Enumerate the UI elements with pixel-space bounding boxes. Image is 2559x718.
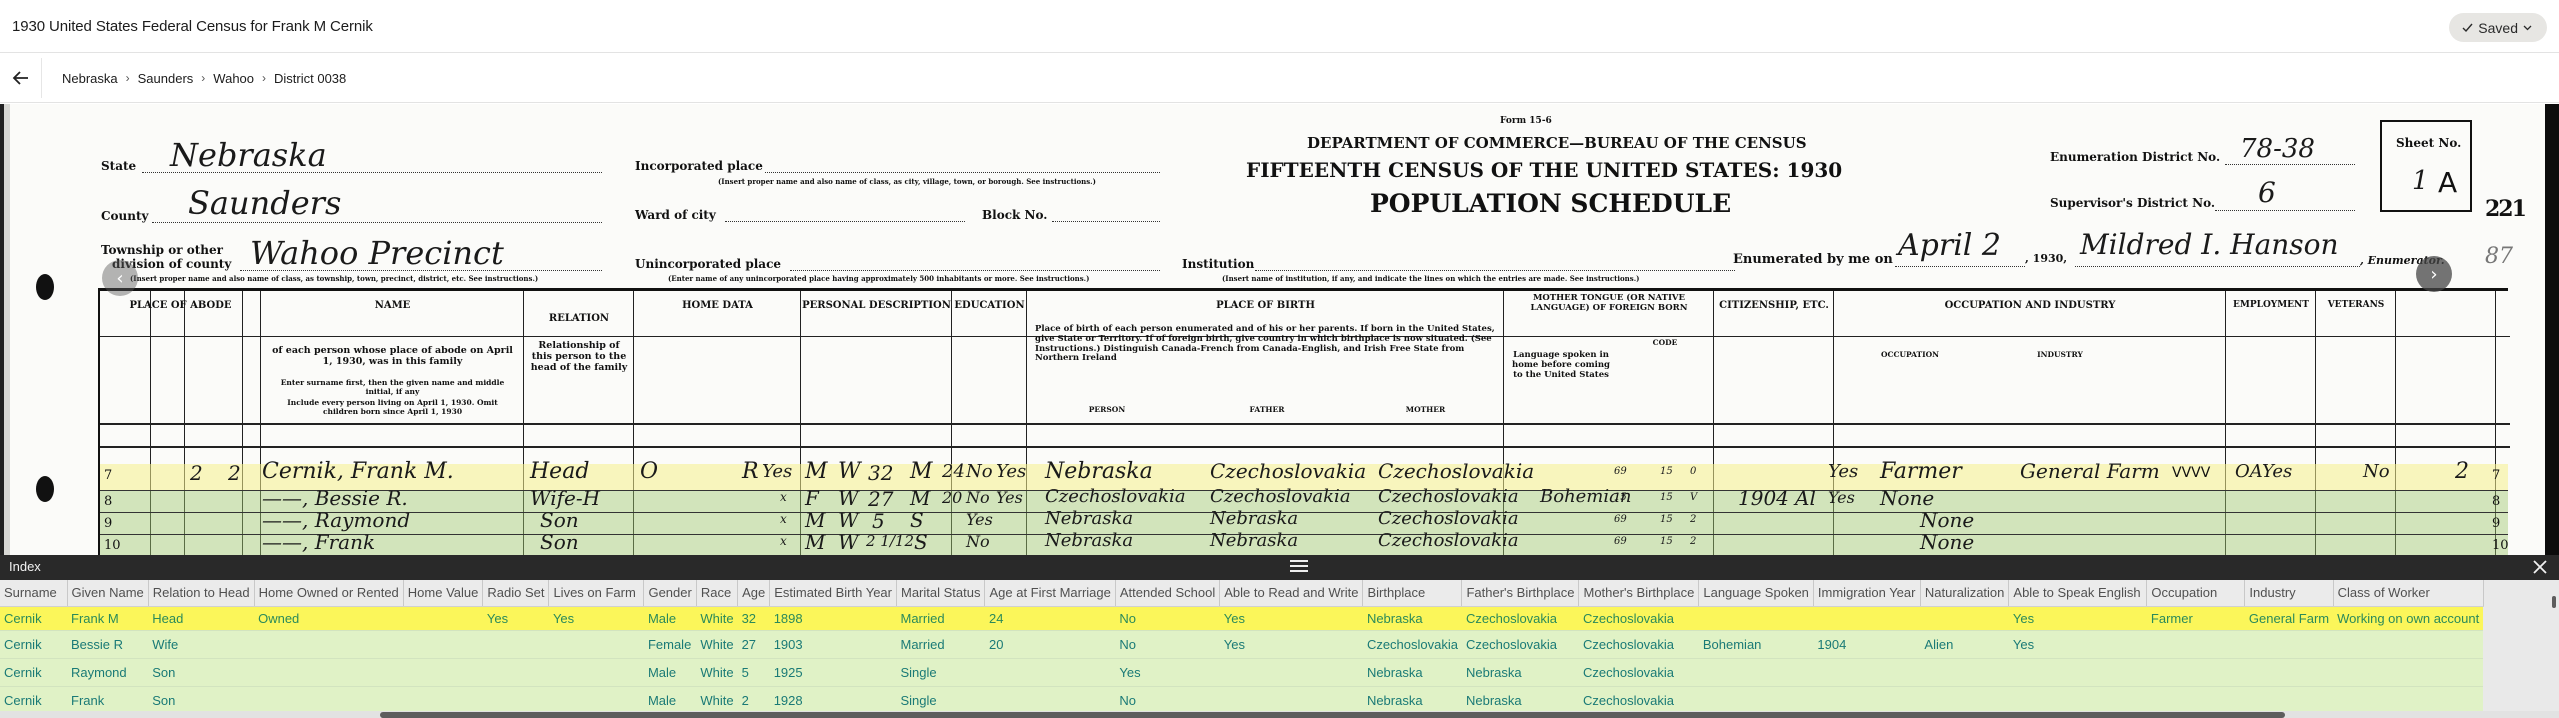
handwritten-name: ——, Bessie R. — [262, 486, 408, 510]
handwritten-school: No — [966, 488, 990, 507]
column-header-age[interactable]: Age — [738, 580, 770, 606]
cell-birthplace[interactable]: Czechoslovakia — [1363, 630, 1462, 658]
cell-attended-school[interactable]: No — [1115, 630, 1219, 658]
cell-language[interactable] — [1699, 686, 1814, 714]
handwritten-name: ——, Frank — [262, 530, 375, 554]
handwritten-english: Yes — [1828, 488, 1855, 507]
cell-age-first-marriage[interactable] — [985, 686, 1115, 714]
column-header-gender[interactable]: Gender — [644, 580, 696, 606]
cell-birth-year[interactable]: 1928 — [770, 686, 897, 714]
handwritten-industry: General Farm — [2020, 459, 2160, 483]
column-header-relation[interactable]: Relation to Head — [148, 580, 254, 606]
group-birth: PLACE OF BIRTH — [1027, 300, 1504, 311]
column-header-home-owned[interactable]: Home Owned or Rented — [254, 580, 403, 606]
cell-father-birthplace[interactable]: Czechoslovakia — [1462, 606, 1579, 630]
unincorporated-note: (Enter name of any unincorporated place … — [668, 274, 1089, 283]
group-name: NAME — [261, 300, 524, 311]
sheet-number-box: Sheet No. 1 A — [2380, 120, 2472, 212]
row-line — [100, 534, 2508, 535]
handwritten-occupation: None — [1920, 508, 1974, 532]
chevron-right-icon: › — [262, 71, 266, 85]
group-occupation: OCCUPATION AND INDUSTRY — [1834, 300, 2226, 311]
sheet-no-label: Sheet No. — [2396, 136, 2461, 150]
handwritten-farm: Yes — [762, 461, 792, 482]
handwritten-sex: F — [805, 486, 819, 510]
column-header-marital-status[interactable]: Marital Status — [897, 580, 985, 606]
handwritten-code-b: 15 — [1660, 536, 1673, 547]
handwritten-code-b: 15 — [1660, 492, 1673, 503]
group-citizenship: CITIZENSHIP, ETC. — [1714, 300, 1834, 311]
table-row[interactable]: Cernik Bessie R Wife Female White 27 190… — [0, 630, 2483, 658]
document-edge — [2545, 104, 2559, 555]
table-row[interactable]: Cernik Raymond Son Male White 5 1925 Sin… — [0, 658, 2483, 686]
handwritten-marital: M — [910, 459, 933, 484]
cell-race[interactable]: White — [696, 606, 737, 630]
handwritten-sex: M — [805, 530, 825, 554]
handwritten-age: 2 1/12 — [866, 532, 914, 550]
table-header-row: Surname Given Name Relation to Head Home… — [0, 580, 2483, 606]
column-header-attended-school[interactable]: Attended School — [1115, 580, 1219, 606]
handwritten-code-b: 15 — [1660, 466, 1673, 477]
handwritten-relation: Son — [540, 508, 579, 532]
handwritten-farm-schedule: 2 — [2455, 459, 2469, 484]
handwritten-sex: M — [805, 508, 825, 532]
group-personal: PERSONAL DESCRIPTION — [801, 300, 952, 311]
title-bar: 1930 United States Federal Census for Fr… — [0, 0, 2559, 53]
cell-read-write[interactable] — [1220, 686, 1363, 714]
group-abode: PLACE OF ABODE — [100, 300, 261, 311]
cell-marital-status[interactable]: Married — [897, 630, 985, 658]
cell-given-name[interactable]: Frank — [67, 686, 148, 714]
cell-industry[interactable] — [2245, 658, 2333, 686]
cell-lives-on-farm[interactable]: Yes — [549, 606, 644, 630]
column-header-father-birthplace[interactable]: Father's Birthplace — [1462, 580, 1579, 606]
cell-mother-birthplace[interactable]: Czechoslovakia — [1579, 606, 1699, 630]
horizontal-scrollbar-thumb[interactable] — [380, 712, 2285, 718]
cell-father-birthplace[interactable]: Nebraska — [1462, 686, 1579, 714]
handwritten-birth-father: Nebraska — [1210, 530, 1298, 551]
cell-age[interactable]: 27 — [738, 630, 770, 658]
cell-home-value[interactable] — [403, 606, 483, 630]
cell-given-name[interactable]: Frank M — [67, 606, 148, 630]
cell-speak-english[interactable]: Yes — [2009, 606, 2147, 630]
line-number: 7 — [2492, 468, 2500, 483]
handwritten-occupation: None — [1920, 530, 1974, 554]
cell-birth-year[interactable]: 1925 — [770, 658, 897, 686]
cell-lives-on-farm[interactable] — [549, 630, 644, 658]
column-header-speak-english[interactable]: Able to Speak English — [2009, 580, 2147, 606]
cell-age-first-marriage[interactable]: 20 — [985, 630, 1115, 658]
cell-birthplace[interactable]: Nebraska — [1363, 686, 1462, 714]
cell-given-name[interactable]: Bessie R — [67, 630, 148, 658]
index-table-container[interactable]: Surname Given Name Relation to Head Home… — [0, 580, 2559, 718]
handwritten-english: Yes — [1828, 461, 1858, 482]
close-icon[interactable] — [2531, 558, 2549, 576]
code-d: VVVV — [2172, 465, 2210, 481]
cell-age[interactable]: 32 — [738, 606, 770, 630]
index-header-bar: Index — [0, 555, 2559, 580]
cell-race[interactable]: White — [696, 658, 737, 686]
column-header-naturalization[interactable]: Naturalization — [1920, 580, 2009, 606]
cell-surname[interactable]: Cernik — [0, 658, 67, 686]
line-number: 9 — [104, 516, 112, 531]
cell-radio-set[interactable]: Yes — [483, 606, 549, 630]
cell-class-of-worker[interactable] — [2333, 658, 2483, 686]
census-form: State Nebraska County Saunders Township … — [0, 104, 2545, 555]
schedule-title: POPULATION SCHEDULE — [1370, 189, 1731, 218]
table-row-selected[interactable]: Cernik Frank M Head Owned Yes Yes Male W… — [0, 606, 2483, 630]
cell-gender[interactable]: Male — [644, 686, 696, 714]
birth-father-header: FATHER — [1187, 406, 1347, 415]
enumerator-line — [2075, 266, 2360, 267]
cell-home-owned[interactable] — [254, 686, 403, 714]
cell-race[interactable]: White — [696, 686, 737, 714]
cell-surname[interactable]: Cernik — [0, 606, 67, 630]
cell-immigration-year[interactable]: 1904 — [1813, 630, 1920, 658]
handwritten-birth-father: Czechoslovakia — [1210, 486, 1351, 507]
column-header-immigration-year[interactable]: Immigration Year — [1813, 580, 1920, 606]
saved-button[interactable]: Saved — [2449, 13, 2547, 42]
handwritten-name: ——, Raymond — [262, 508, 410, 532]
cell-gender[interactable]: Male — [644, 658, 696, 686]
cell-naturalization[interactable]: Alien — [1920, 630, 2009, 658]
cell-industry[interactable] — [2245, 630, 2333, 658]
cell-industry[interactable] — [2245, 686, 2333, 714]
language-header: Language spoken in home before coming to… — [1506, 351, 1616, 380]
row-line — [100, 512, 2508, 513]
handwritten-farm: x — [780, 534, 787, 548]
cell-given-name[interactable]: Raymond — [67, 658, 148, 686]
group-veterans: VETERANS — [2316, 300, 2396, 310]
stamp-number: 221 — [2485, 196, 2525, 222]
year-label: , 1930, — [2025, 252, 2067, 265]
handwritten-radio: R — [742, 459, 759, 484]
handwritten-birth-person: Czechoslovakia — [1045, 486, 1186, 507]
handwritten-code-a: 69 — [1614, 536, 1627, 547]
column-header-mother-birthplace[interactable]: Mother's Birthplace — [1579, 580, 1699, 606]
handwritten-relation: Son — [540, 530, 579, 554]
handwritten-owned: O — [640, 459, 658, 484]
cell-home-owned[interactable]: Owned — [254, 606, 403, 630]
township-note: (Insert proper name and also name of cla… — [130, 274, 538, 283]
cell-language[interactable] — [1699, 658, 1814, 686]
handwritten-farm: x — [780, 512, 787, 526]
cell-gender[interactable]: Female — [644, 630, 696, 658]
handwritten-birth-mother: Czechoslovakia — [1378, 508, 1519, 529]
column-header-occupation[interactable]: Occupation — [2147, 580, 2245, 606]
supervisor-district-label: Supervisor's District No. — [2050, 196, 2215, 210]
chevron-right-icon: › — [201, 71, 205, 85]
handwritten-naturalization: Al — [1795, 486, 1816, 510]
cell-gender[interactable]: Male — [644, 606, 696, 630]
cell-language[interactable]: Bohemian — [1699, 630, 1814, 658]
cell-language[interactable] — [1699, 606, 1814, 630]
county-label: County — [101, 209, 149, 223]
cell-read-write[interactable] — [1220, 658, 1363, 686]
cell-birthplace[interactable]: Nebraska — [1363, 658, 1462, 686]
name-include: Include every person living on April 1, … — [271, 399, 514, 416]
cell-age-first-marriage[interactable] — [985, 658, 1115, 686]
handwritten-birth-person: Nebraska — [1045, 508, 1133, 529]
index-title: Index — [9, 559, 41, 574]
chevron-right-icon: › — [2430, 264, 2437, 285]
column-header-read-write[interactable]: Able to Read and Write — [1220, 580, 1363, 606]
column-header-given-name[interactable]: Given Name — [67, 580, 148, 606]
cell-age[interactable]: 2 — [738, 686, 770, 714]
handwritten-farm: x — [780, 490, 787, 504]
handwritten-enum-district: 78-38 — [2240, 134, 2315, 164]
census-title: FIFTEENTH CENSUS OF THE UNITED STATES: 1… — [1246, 158, 1842, 182]
cell-read-write[interactable]: Yes — [1220, 630, 1363, 658]
incorporated-note: (Insert proper name and also name of cla… — [718, 177, 1096, 186]
breadcrumb-county[interactable]: Saunders — [138, 71, 194, 86]
relation-desc: Relationship of this person to the head … — [528, 341, 630, 374]
handwritten-marital: M — [910, 486, 930, 510]
cell-marital-status[interactable]: Married — [897, 606, 985, 630]
handwritten-code-c: 0 — [1690, 466, 1696, 477]
cell-class-of-worker[interactable] — [2333, 630, 2483, 658]
cell-relation[interactable]: Head — [148, 606, 254, 630]
handwritten-age: 32 — [868, 461, 893, 485]
state-label: State — [101, 159, 136, 173]
cell-relation[interactable]: Son — [148, 686, 254, 714]
cell-birth-year[interactable]: 1898 — [770, 606, 897, 630]
handwritten-read: Yes — [996, 488, 1023, 507]
cell-age[interactable]: 5 — [738, 658, 770, 686]
group-tongue: MOTHER TONGUE (OR NATIVE LANGUAGE) OF FO… — [1504, 294, 1714, 314]
next-image-button[interactable]: › — [2416, 256, 2452, 292]
column-header-language[interactable]: Language Spoken — [1699, 580, 1814, 606]
resize-handle-icon[interactable] — [1290, 560, 1308, 574]
handwritten-code-a: 69 — [1614, 514, 1627, 525]
handwritten-code-c: 2 — [1690, 514, 1696, 525]
birth-mother-header: MOTHER — [1347, 406, 1504, 415]
institution-note: (Insert name of institution, if any, and… — [1222, 274, 1639, 283]
handwritten-age: 27 — [868, 487, 893, 511]
cell-read-write[interactable]: Yes — [1220, 606, 1363, 630]
handwritten-school: No — [966, 532, 990, 551]
handwritten-code-a: 15 — [1614, 492, 1627, 503]
handwritten-birth-father: Czechoslovakia — [1210, 459, 1366, 483]
page-title: 1930 United States Federal Census for Fr… — [12, 18, 373, 35]
cell-surname[interactable]: Cernik — [0, 686, 67, 714]
census-image-viewer[interactable]: State Nebraska County Saunders Township … — [0, 104, 2559, 555]
cell-home-owned[interactable] — [254, 630, 403, 658]
handwritten-age: 5 — [872, 509, 885, 533]
handwritten-birth-mother: Czechoslovakia — [1378, 459, 1534, 483]
cell-lives-on-farm[interactable] — [549, 658, 644, 686]
cell-home-value[interactable] — [403, 630, 483, 658]
institution-label: Institution — [1182, 257, 1254, 271]
handwritten-code-c: 2 — [1690, 536, 1696, 547]
cell-lives-on-farm[interactable] — [549, 686, 644, 714]
handwritten-name: Cernik, Frank M. — [262, 459, 454, 484]
cell-occupation[interactable] — [2147, 630, 2245, 658]
index-panel: Index Surname Given Name Relation to Hea… — [0, 555, 2559, 718]
ward-label: Ward of city — [635, 208, 716, 222]
breadcrumb-bar: Nebraska › Saunders › Wahoo › District 0… — [0, 54, 2559, 103]
institution-line — [1255, 270, 1735, 271]
cell-birthplace[interactable]: Nebraska — [1363, 606, 1462, 630]
cell-father-birthplace[interactable]: Nebraska — [1462, 658, 1579, 686]
cell-occupation[interactable]: Farmer — [2147, 606, 2245, 630]
supervisor-district-line — [2215, 210, 2355, 211]
column-header-radio-set[interactable]: Radio Set — [483, 580, 549, 606]
handwritten-school: Yes — [966, 510, 993, 529]
cell-speak-english[interactable]: Yes — [2009, 630, 2147, 658]
unincorporated-line — [790, 270, 1160, 271]
table-row[interactable]: Cernik Frank Son Male White 2 1928 Singl… — [0, 686, 2483, 714]
column-header-home-value[interactable]: Home Value — [403, 580, 483, 606]
handwritten-code-a: 69 — [1614, 466, 1627, 477]
cell-radio-set[interactable] — [483, 630, 549, 658]
line-number: 10 — [2492, 538, 2509, 553]
column-header-industry[interactable]: Industry — [2245, 580, 2333, 606]
handwritten-sex: M — [805, 459, 828, 484]
handwritten-dwelling: 2 — [190, 461, 203, 485]
chevron-down-icon — [2522, 22, 2533, 33]
cell-radio-set[interactable] — [483, 658, 549, 686]
enum-district-line — [2225, 164, 2355, 165]
cell-immigration-year[interactable] — [1813, 606, 1920, 630]
handwritten-work: Yes — [2262, 461, 2292, 482]
column-header-birthplace[interactable]: Birthplace — [1363, 580, 1462, 606]
birth-person-header: PERSON — [1027, 406, 1187, 415]
block-line — [1052, 221, 1160, 222]
cell-home-owned[interactable] — [254, 658, 403, 686]
cell-birth-year[interactable]: 1903 — [770, 630, 897, 658]
incorporated-label: Incorporated place — [635, 159, 763, 173]
name-desc: of each person whose place of abode on A… — [271, 346, 514, 368]
saved-label: Saved — [2478, 20, 2518, 36]
handwritten-occupation: Farmer — [1880, 459, 1962, 484]
handwritten-read: Yes — [996, 461, 1026, 482]
vertical-scrollbar-thumb[interactable] — [2552, 596, 2556, 608]
handwritten-township: Wahoo Precinct — [250, 234, 504, 272]
cell-industry[interactable]: General Farm — [2245, 606, 2333, 630]
cell-mother-birthplace[interactable]: Czechoslovakia — [1579, 686, 1699, 714]
back-button[interactable] — [0, 58, 42, 98]
cell-naturalization[interactable] — [1920, 658, 2009, 686]
chevron-right-icon: › — [126, 71, 130, 85]
line-number: 10 — [104, 538, 121, 553]
margin-note: 87 — [2485, 244, 2513, 269]
handwritten-race: W — [838, 530, 859, 554]
breadcrumb-city[interactable]: Wahoo — [213, 71, 254, 86]
handwritten-school: No — [966, 461, 993, 482]
cell-mother-birthplace[interactable]: Czechoslovakia — [1579, 630, 1699, 658]
cell-mother-birthplace[interactable]: Czechoslovakia — [1579, 658, 1699, 686]
cell-immigration-year[interactable] — [1813, 658, 1920, 686]
handwritten-age-marriage: 20 — [942, 488, 962, 507]
cell-attended-school[interactable]: Yes — [1115, 658, 1219, 686]
cell-surname[interactable]: Cernik — [0, 630, 67, 658]
cell-age-first-marriage[interactable]: 24 — [985, 606, 1115, 630]
township-label: Township or other — [101, 243, 223, 257]
cell-radio-set[interactable] — [483, 686, 549, 714]
chevron-left-icon: ‹ — [116, 268, 123, 289]
line-number: 9 — [2492, 516, 2500, 531]
cell-attended-school[interactable]: No — [1115, 606, 1219, 630]
cell-speak-english[interactable] — [2009, 686, 2147, 714]
cell-race[interactable]: White — [696, 630, 737, 658]
department-heading: DEPARTMENT OF COMMERCE—BUREAU OF THE CEN… — [1307, 134, 1807, 152]
cell-naturalization[interactable] — [1920, 686, 2009, 714]
cell-relation[interactable]: Son — [148, 658, 254, 686]
handwritten-code-b: 15 — [1660, 514, 1673, 525]
breadcrumb-district: District 0038 — [274, 71, 346, 86]
arrow-left-icon — [12, 70, 30, 86]
column-header-age-first-marriage[interactable]: Age at First Marriage — [985, 580, 1115, 606]
cell-class-of-worker[interactable] — [2333, 686, 2483, 714]
column-header-birth-year[interactable]: Estimated Birth Year — [770, 580, 897, 606]
cell-class-of-worker[interactable]: Working on own account — [2333, 606, 2483, 630]
cell-home-value[interactable] — [403, 686, 483, 714]
handwritten-birth-mother: Czechoslovakia — [1378, 486, 1519, 507]
block-label: Block No. — [982, 208, 1047, 222]
column-header-class-of-worker[interactable]: Class of Worker — [2333, 580, 2483, 606]
handwritten-date: April 2 — [1898, 228, 2001, 263]
group-home: HOME DATA — [634, 300, 801, 311]
handwritten-birth-mother: Czechoslovakia — [1378, 530, 1519, 551]
cell-occupation[interactable] — [2147, 658, 2245, 686]
previous-image-button[interactable]: ‹ — [102, 260, 138, 296]
column-header-lives-on-farm[interactable]: Lives on Farm — [549, 580, 644, 606]
ward-line — [725, 221, 965, 222]
cell-occupation[interactable] — [2147, 686, 2245, 714]
handwritten-sheet-number: 1 — [2412, 166, 2429, 196]
handwritten-race: W — [838, 486, 859, 510]
handwritten-marital: S — [910, 508, 924, 532]
handwritten-code-c: V — [1690, 492, 1697, 503]
cell-immigration-year[interactable] — [1813, 686, 1920, 714]
cell-father-birthplace[interactable]: Czechoslovakia — [1462, 630, 1579, 658]
group-employment: EMPLOYMENT — [2226, 300, 2316, 310]
handwritten-supervisor-district: 6 — [2258, 176, 2276, 209]
cell-home-value[interactable] — [403, 658, 483, 686]
index-table: Surname Given Name Relation to Head Home… — [0, 580, 2484, 715]
handwritten-birth-person: Nebraska — [1045, 530, 1133, 551]
handwritten-county: Saunders — [188, 184, 341, 222]
sheet-letter: A — [2438, 166, 2457, 199]
cell-marital-status[interactable]: Single — [897, 686, 985, 714]
column-header-race[interactable]: Race — [696, 580, 737, 606]
handwritten-vet: No — [2363, 461, 2390, 482]
handwritten-relation: Wife-H — [530, 486, 600, 510]
enumerated-by-label: Enumerated by me on — [1733, 252, 1893, 267]
cell-relation[interactable]: Wife — [148, 630, 254, 658]
line-number: 8 — [104, 494, 112, 509]
column-header-surname[interactable]: Surname — [0, 580, 67, 606]
handwritten-birth-person: Nebraska — [1045, 459, 1153, 484]
county-line — [152, 222, 602, 223]
check-icon — [2461, 21, 2474, 34]
handwritten-class: OA — [2235, 461, 2263, 482]
breadcrumb: Nebraska › Saunders › Wahoo › District 0… — [42, 71, 346, 86]
name-enter: Enter surname first, then the given name… — [271, 379, 514, 396]
unincorporated-label: Unincorporated place — [635, 257, 781, 271]
handwritten-state: Nebraska — [170, 136, 327, 174]
cell-marital-status[interactable]: Single — [897, 658, 985, 686]
handwritten-age-marriage: 24 — [942, 461, 965, 482]
birth-desc: Place of birth of each person enumerated… — [1035, 325, 1496, 364]
cell-attended-school[interactable]: No — [1115, 686, 1219, 714]
breadcrumb-state[interactable]: Nebraska — [62, 71, 118, 86]
cell-naturalization[interactable] — [1920, 606, 2009, 630]
handwritten-occupation: None — [1880, 486, 1934, 510]
handwritten-marital: S — [914, 530, 928, 554]
cell-speak-english[interactable] — [2009, 658, 2147, 686]
